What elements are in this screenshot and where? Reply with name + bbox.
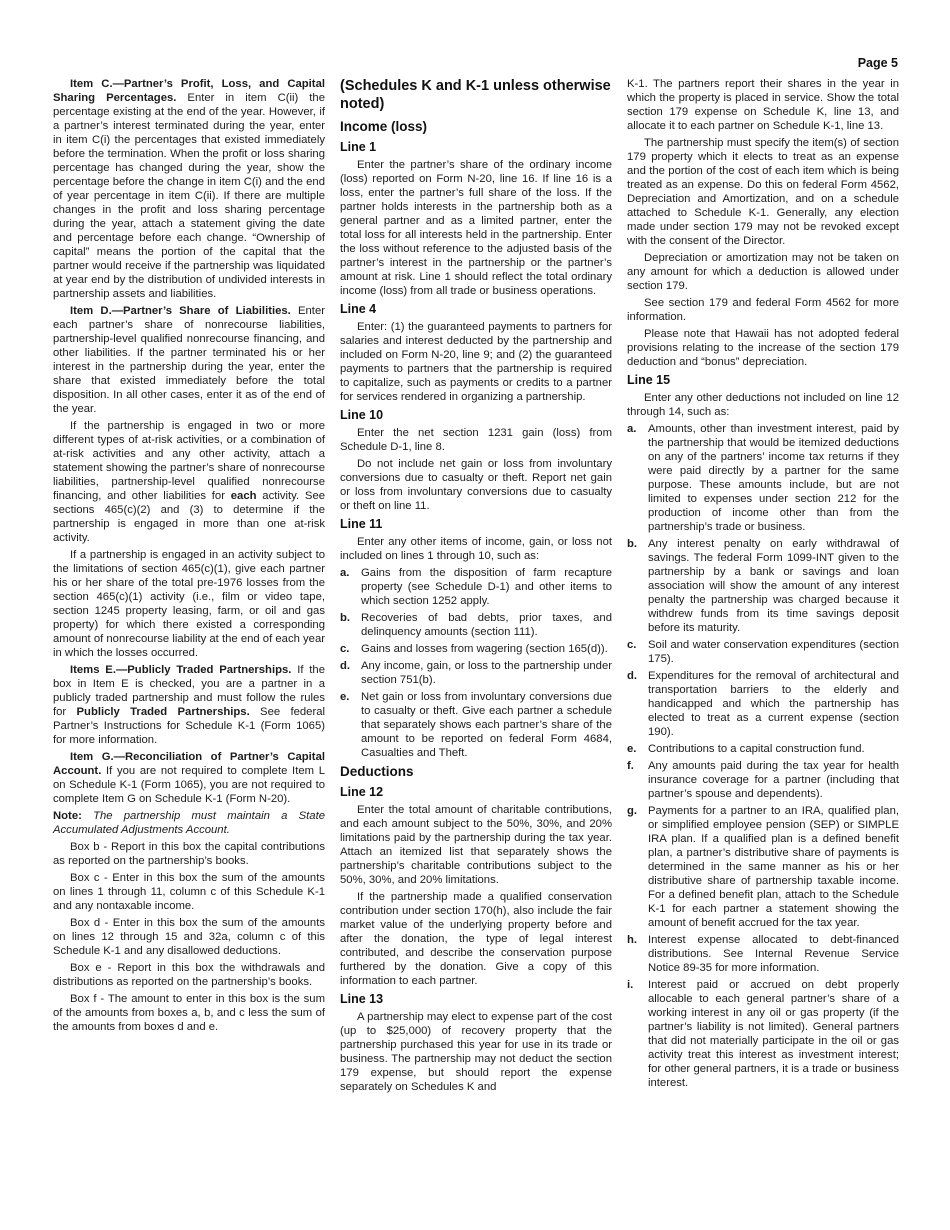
text-segment: Do not include net gain or loss from inv…	[340, 458, 612, 512]
list-item-label: c.	[627, 638, 636, 652]
list-item: d.Expenditures for the removal of archit…	[627, 669, 899, 739]
list-item-text: Any amounts paid during the tax year for…	[648, 760, 899, 800]
list-item: d.Any income, gain, or loss to the partn…	[340, 659, 612, 687]
list-item: h.Interest expense allocated to debt-fin…	[627, 933, 899, 975]
paragraph: If the partnership is engaged in two or …	[53, 419, 325, 545]
text-segment: Box b - Report in this box the capital c…	[53, 841, 325, 867]
paragraph: Box f - The amount to enter in this box …	[53, 992, 325, 1034]
text-segment: Enter any other deductions not included …	[627, 392, 899, 418]
text-segment: Note:	[53, 810, 93, 822]
section-heading: Line 1	[340, 139, 612, 155]
paragraph: Box d - Enter in this box the sum of the…	[53, 916, 325, 958]
list-item-text: Net gain or loss from involuntary conver…	[361, 691, 612, 759]
text-segment: Please note that Hawaii has not adopted …	[627, 328, 899, 368]
section-heading: Line 15	[627, 372, 899, 388]
text-segment: See section 179 and federal Form 4562 fo…	[627, 297, 899, 323]
text-segment: Item D.—Partner’s Share of Liabilities.	[70, 305, 298, 317]
list-item: f.Any amounts paid during the tax year f…	[627, 759, 899, 801]
list-item-label: d.	[340, 659, 350, 673]
page-number: Page 5	[858, 56, 898, 70]
column-3: K-1. The partners report their shares in…	[627, 77, 899, 1093]
list-item-text: Gains and losses from wagering (section …	[361, 643, 608, 655]
paragraph: Item G.—Reconciliation of Partner’s Capi…	[53, 750, 325, 806]
text-segment: Enter the total amount of charitable con…	[340, 804, 612, 886]
list-item-label: i.	[627, 978, 633, 992]
text-segment: Depreciation or amortization may not be …	[627, 252, 899, 292]
document-page: Page 5 Item C.—Partner’s Profit, Loss, a…	[0, 0, 950, 1230]
list-item-label: f.	[627, 759, 634, 773]
text-segment: Enter: (1) the guaranteed payments to pa…	[340, 321, 612, 403]
paragraph: Box e - Report in this box the withdrawa…	[53, 961, 325, 989]
text-segment: Enter any other items of income, gain, o…	[340, 536, 612, 562]
paragraph: The partnership must specify the item(s)…	[627, 136, 899, 248]
list-item-text: Any interest penalty on early withdrawal…	[648, 538, 899, 634]
paragraph: Item D.—Partner’s Share of Liabilities. …	[53, 304, 325, 416]
text-segment: each	[231, 490, 257, 502]
list-item-text: Gains from the disposition of farm recap…	[361, 567, 612, 607]
list-item-label: c.	[340, 642, 349, 656]
list-item-label: d.	[627, 669, 637, 683]
paragraph: Do not include net gain or loss from inv…	[340, 457, 612, 513]
section-heading: Line 10	[340, 407, 612, 423]
section-heading: Line 4	[340, 301, 612, 317]
section-heading: Line 11	[340, 516, 612, 532]
paragraph: Enter any other items of income, gain, o…	[340, 535, 612, 563]
list-item: i.Interest paid or accrued on debt prope…	[627, 978, 899, 1090]
text-segment: Box e - Report in this box the withdrawa…	[53, 962, 325, 988]
text-segment: Enter each partner’s share of nonrecours…	[53, 305, 325, 415]
text-segment: If the partnership made a qualified cons…	[340, 891, 612, 987]
paragraph: Box b - Report in this box the capital c…	[53, 840, 325, 868]
list-item-label: g.	[627, 804, 637, 818]
paragraph: Box c - Enter in this box the sum of the…	[53, 871, 325, 913]
list-item-text: Expenditures for the removal of architec…	[648, 670, 899, 738]
column-1: Item C.—Partner’s Profit, Loss, and Capi…	[53, 77, 325, 1037]
paragraph: Items E.—Publicly Traded Partnerships. I…	[53, 663, 325, 747]
text-segment: Publicly Traded Partnerships.	[77, 706, 250, 718]
list-item-text: Any income, gain, or loss to the partner…	[361, 660, 612, 686]
list-item-text: Contributions to a capital construction …	[648, 743, 865, 755]
section-heading: Line 13	[340, 991, 612, 1007]
paragraph: See section 179 and federal Form 4562 fo…	[627, 296, 899, 324]
paragraph: If the partnership made a qualified cons…	[340, 890, 612, 988]
paragraph: If a partnership is engaged in an activi…	[53, 548, 325, 660]
list-item-text: Interest expense allocated to debt-finan…	[648, 934, 899, 974]
list-item: c.Soil and water conservation expenditur…	[627, 638, 899, 666]
section-heading: Income (loss)	[340, 118, 612, 135]
text-segment: A partnership may elect to expense part …	[340, 1011, 612, 1093]
text-segment: The partnership must specify the item(s)…	[627, 137, 899, 247]
list-item-label: a.	[340, 566, 349, 580]
list-item-label: a.	[627, 422, 636, 436]
paragraph: Item C.—Partner’s Profit, Loss, and Capi…	[53, 77, 325, 301]
paragraph: Enter the net section 1231 gain (loss) f…	[340, 426, 612, 454]
list-item-text: Amounts, other than investment interest,…	[648, 423, 899, 533]
text-segment: Box d - Enter in this box the sum of the…	[53, 917, 325, 957]
list-item: a.Gains from the disposition of farm rec…	[340, 566, 612, 608]
text-segment: Box f - The amount to enter in this box …	[53, 993, 325, 1033]
section-heading: Line 12	[340, 784, 612, 800]
paragraph: Enter: (1) the guaranteed payments to pa…	[340, 320, 612, 404]
list-item-label: e.	[340, 690, 349, 704]
text-segment: Enter the net section 1231 gain (loss) f…	[340, 427, 612, 453]
column-2: (Schedules K and K-1 unless otherwise no…	[340, 77, 612, 1097]
text-segment: If a partnership is engaged in an activi…	[53, 549, 325, 659]
paragraph: Depreciation or amortization may not be …	[627, 251, 899, 293]
text-segment: K-1. The partners report their shares in…	[627, 78, 899, 132]
section-heading: (Schedules K and K-1 unless otherwise no…	[340, 77, 612, 113]
text-segment: Items E.—Publicly Traded Partnerships.	[70, 664, 297, 676]
paragraph: Enter any other deductions not included …	[627, 391, 899, 419]
list-item-label: b.	[627, 537, 637, 551]
section-heading: Deductions	[340, 763, 612, 780]
paragraph: Note: The partnership must maintain a St…	[53, 809, 325, 837]
text-segment: Box c - Enter in this box the sum of the…	[53, 872, 325, 912]
list-item-label: e.	[627, 742, 636, 756]
list-item: c.Gains and losses from wagering (sectio…	[340, 642, 612, 656]
list-item: e.Net gain or loss from involuntary conv…	[340, 690, 612, 760]
list-item: b.Any interest penalty on early withdraw…	[627, 537, 899, 635]
list-item-label: h.	[627, 933, 637, 947]
list-item: a.Amounts, other than investment interes…	[627, 422, 899, 534]
paragraph: Enter the partner’s share of the ordinar…	[340, 158, 612, 298]
paragraph: Enter the total amount of charitable con…	[340, 803, 612, 887]
text-segment: Enter the partner’s share of the ordinar…	[340, 159, 612, 297]
paragraph: A partnership may elect to expense part …	[340, 1010, 612, 1094]
list-item: e.Contributions to a capital constructio…	[627, 742, 899, 756]
list-item: g.Payments for a partner to an IRA, qual…	[627, 804, 899, 930]
text-segment: The partnership must maintain a State Ac…	[53, 810, 325, 836]
list-item-text: Soil and water conservation expenditures…	[648, 639, 899, 665]
list-item-text: Payments for a partner to an IRA, qualif…	[648, 805, 899, 929]
list-item-text: Recoveries of bad debts, prior taxes, an…	[361, 612, 612, 638]
text-segment: Enter in item C(ii) the percentage exist…	[53, 92, 325, 300]
paragraph: Please note that Hawaii has not adopted …	[627, 327, 899, 369]
list-item-label: b.	[340, 611, 350, 625]
list-item: b.Recoveries of bad debts, prior taxes, …	[340, 611, 612, 639]
list-item-text: Interest paid or accrued on debt properl…	[648, 979, 899, 1089]
paragraph: K-1. The partners report their shares in…	[627, 77, 899, 133]
